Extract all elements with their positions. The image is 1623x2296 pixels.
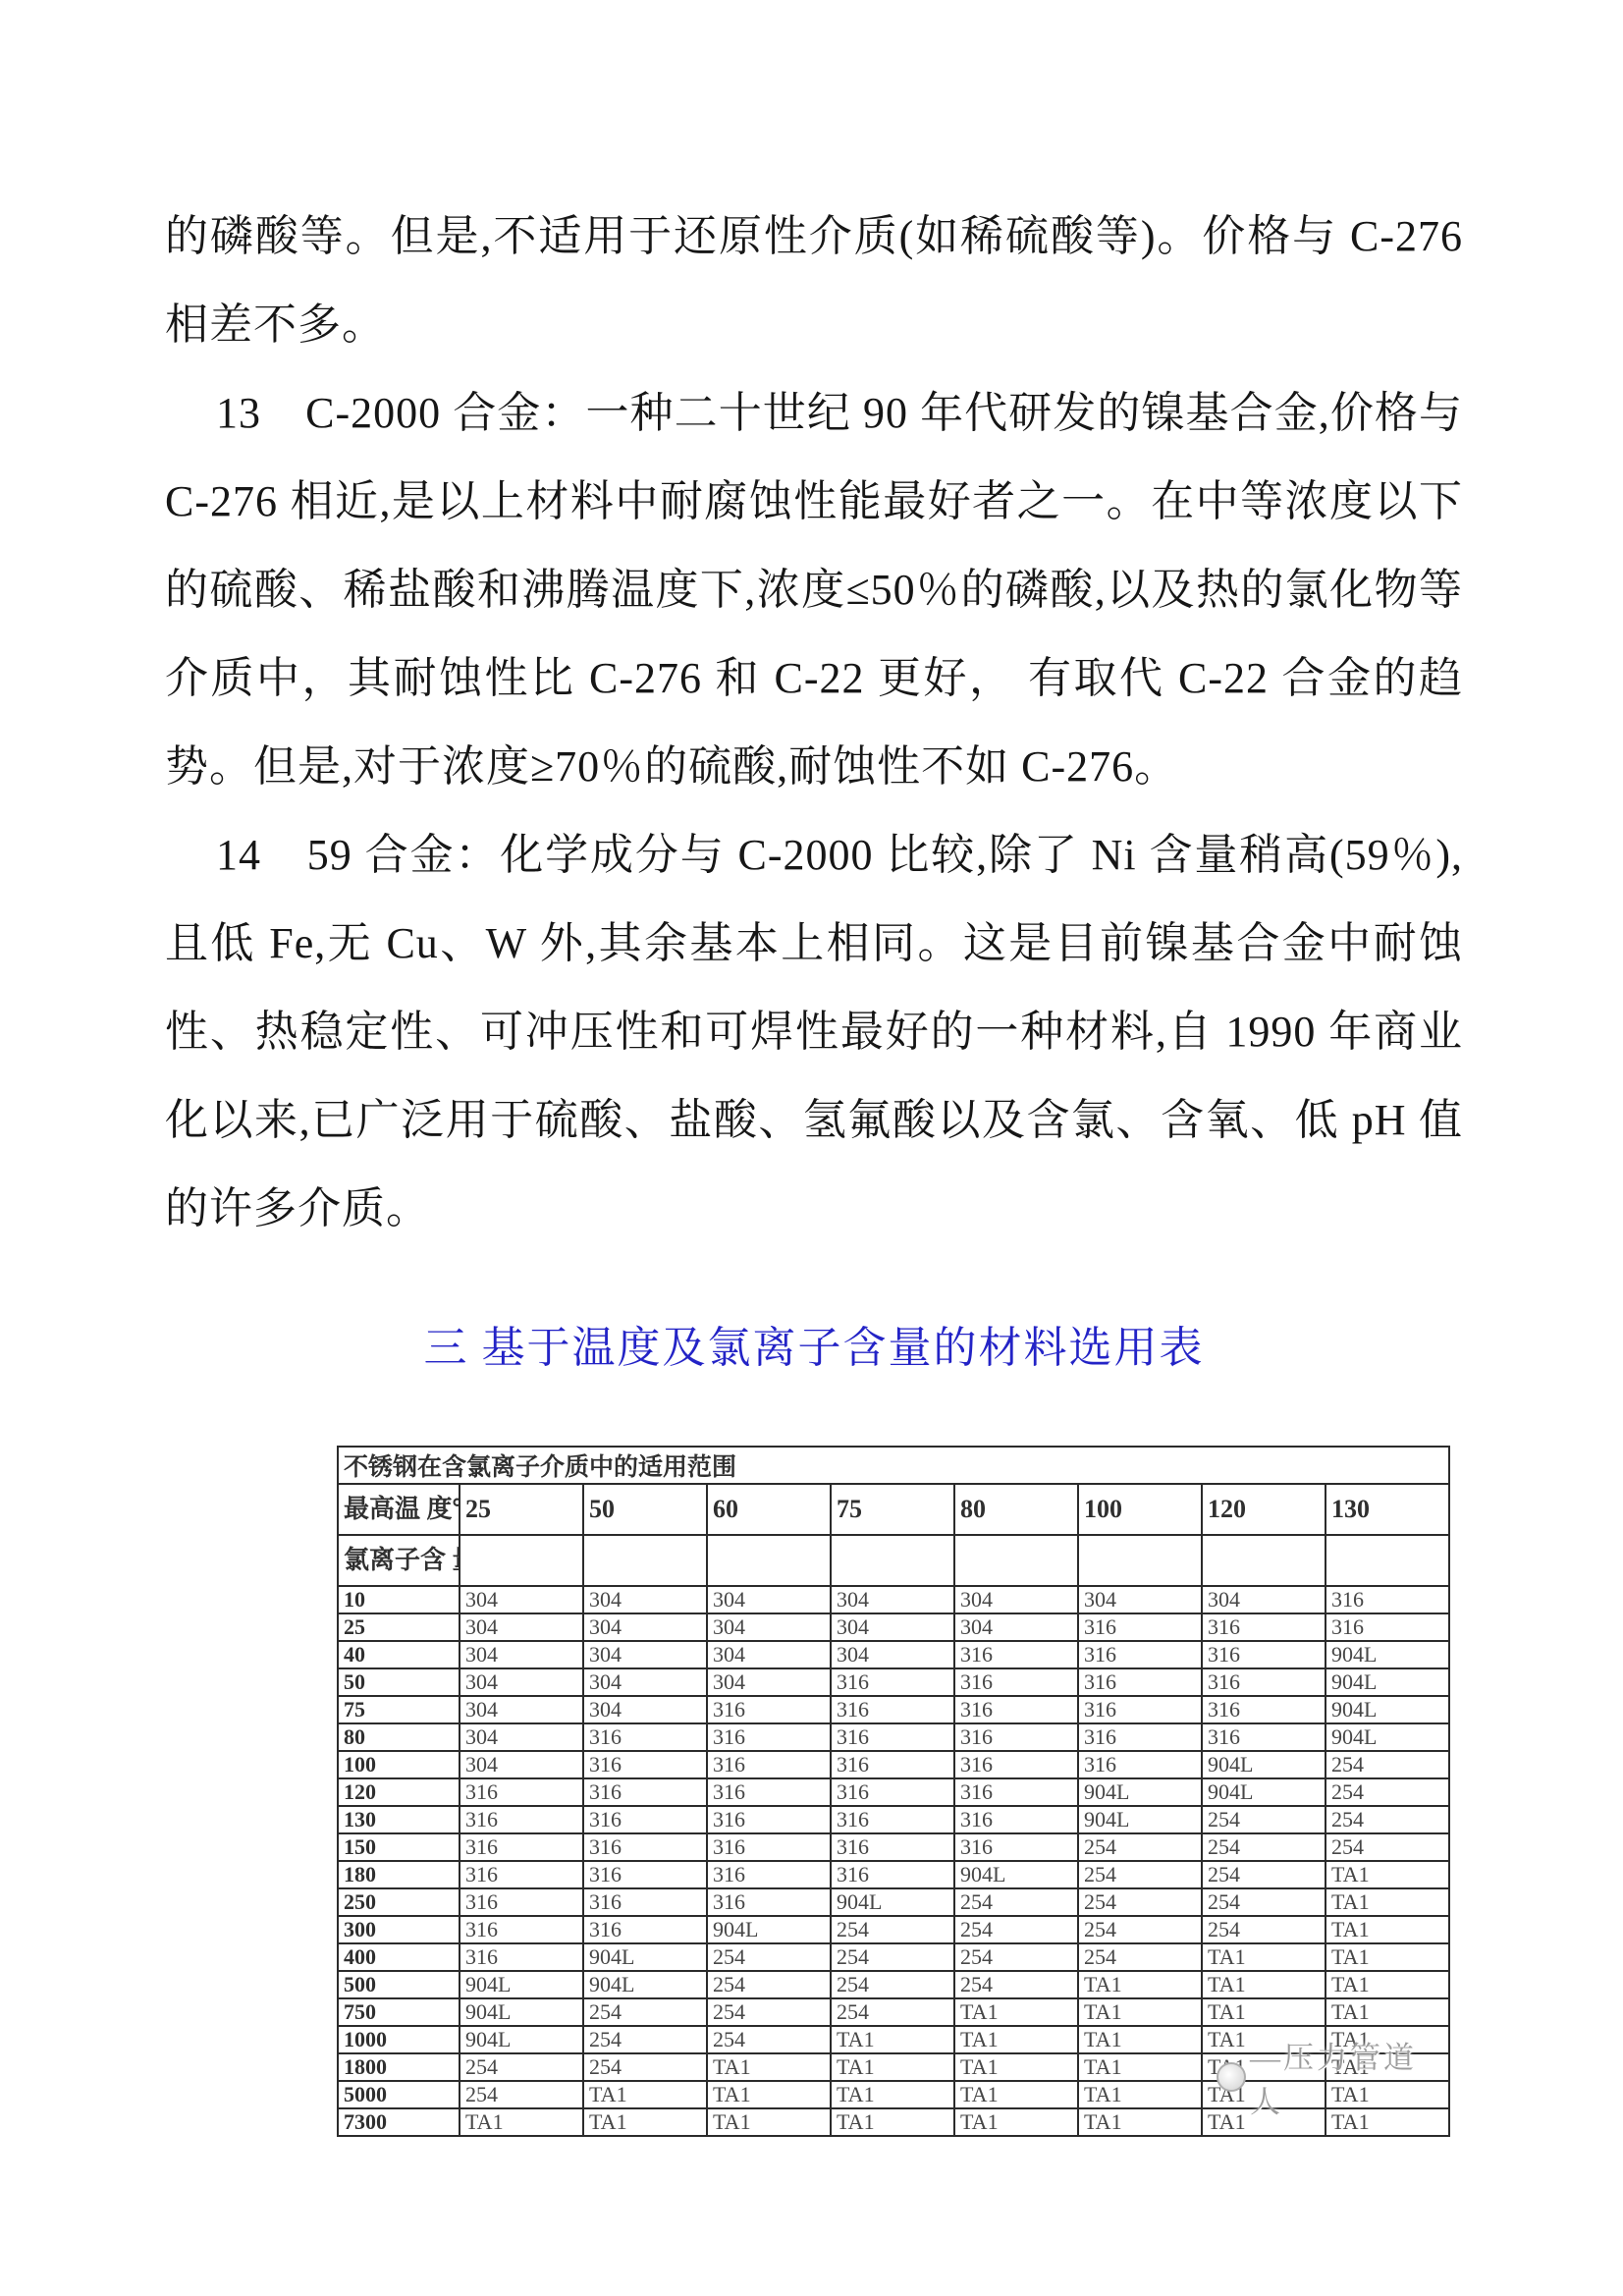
- material-cell: TA1: [954, 2053, 1078, 2081]
- table-row: 1800254254TA1TA1TA1TA1TA1TA1: [338, 2053, 1449, 2081]
- material-cell: 316: [1202, 1613, 1325, 1641]
- material-cell: 316: [460, 1833, 583, 1861]
- material-cell: 254: [707, 2026, 831, 2053]
- material-cell: 316: [1078, 1723, 1202, 1751]
- material-cell: 254: [1202, 1916, 1325, 1943]
- material-cell: TA1: [707, 2081, 831, 2108]
- material-cell: 316: [1202, 1668, 1325, 1696]
- table-row: 40304304304304316316316904L: [338, 1641, 1449, 1668]
- material-cell: TA1: [1078, 1998, 1202, 2026]
- material-cell: 904L: [954, 1861, 1078, 1888]
- table-row: 5000254TA1TA1TA1TA1TA1TA1TA1: [338, 2081, 1449, 2108]
- material-cell: 904L: [1325, 1668, 1449, 1696]
- material-cell: 316: [831, 1806, 954, 1833]
- material-cell: 316: [1325, 1586, 1449, 1613]
- material-cell: 254: [460, 2081, 583, 2108]
- paragraph-c2000-alloy: 13 C-2000 合金：一种二十世纪 90 年代研发的镍基合金,价格与 C-2…: [165, 369, 1463, 811]
- material-cell: 316: [583, 1723, 707, 1751]
- chloride-level-cell: 250: [338, 1888, 460, 1916]
- material-cell: TA1: [954, 2081, 1078, 2108]
- material-cell: 316: [460, 1806, 583, 1833]
- material-cell: 316: [460, 1888, 583, 1916]
- paragraph-continuation: 的磷酸等。但是,不适用于还原性介质(如稀硫酸等)。价格与 C-276 相差不多。: [165, 192, 1463, 369]
- material-cell: TA1: [583, 2081, 707, 2108]
- material-cell: 254: [1325, 1778, 1449, 1806]
- material-cell: 254: [1325, 1751, 1449, 1778]
- empty-header-cell: [831, 1535, 954, 1586]
- material-cell: 904L: [583, 1971, 707, 1998]
- material-cell: TA1: [1202, 2053, 1325, 2081]
- table-row: 100304316316316316316904L254: [338, 1751, 1449, 1778]
- material-cell: 304: [954, 1586, 1078, 1613]
- material-cell: 316: [583, 1861, 707, 1888]
- material-cell: 304: [460, 1641, 583, 1668]
- material-cell: 904L: [460, 2026, 583, 2053]
- document-page: 的磷酸等。但是,不适用于还原性介质(如稀硫酸等)。价格与 C-276 相差不多。…: [0, 0, 1623, 2296]
- material-cell: 316: [1202, 1723, 1325, 1751]
- chloride-level-cell: 75: [338, 1696, 460, 1723]
- body-text: 的磷酸等。但是,不适用于还原性介质(如稀硫酸等)。价格与 C-276 相差不多。…: [165, 192, 1463, 1253]
- chloride-level-cell: 400: [338, 1943, 460, 1971]
- material-cell: 316: [707, 1723, 831, 1751]
- material-cell: TA1: [1325, 2053, 1449, 2081]
- material-cell: 254: [831, 1998, 954, 2026]
- material-cell: 316: [707, 1696, 831, 1723]
- empty-header-cell: [1202, 1535, 1325, 1586]
- material-cell: 254: [1325, 1806, 1449, 1833]
- material-cell: TA1: [1325, 1943, 1449, 1971]
- material-cell: 304: [460, 1696, 583, 1723]
- table-row: 400316904L254254254254TA1TA1: [338, 1943, 1449, 1971]
- table-row: 300316316904L254254254254TA1: [338, 1916, 1449, 1943]
- material-cell: 254: [831, 1916, 954, 1943]
- material-cell: 904L: [831, 1888, 954, 1916]
- material-cell: 254: [707, 1943, 831, 1971]
- material-cell: TA1: [707, 2108, 831, 2136]
- chloride-level-cell: 180: [338, 1861, 460, 1888]
- stainless-steel-table: 不锈钢在含氯离子介质中的适用范围 最高温 度℃ 25 50 60 75 80 1…: [337, 1446, 1450, 2137]
- empty-header-cell: [583, 1535, 707, 1586]
- temp-header-cell: 60: [707, 1484, 831, 1535]
- material-cell: 316: [707, 1751, 831, 1778]
- material-cell: 316: [707, 1806, 831, 1833]
- material-cell: TA1: [1078, 2081, 1202, 2108]
- material-cell: 316: [707, 1778, 831, 1806]
- material-cell: 254: [954, 1916, 1078, 1943]
- empty-header-cell: [954, 1535, 1078, 1586]
- empty-header-cell: [1078, 1535, 1202, 1586]
- material-cell: TA1: [831, 2026, 954, 2053]
- chloride-level-cell: 50: [338, 1668, 460, 1696]
- temp-header-cell: 80: [954, 1484, 1078, 1535]
- table-row: 1000904L254254TA1TA1TA1TA1TA1: [338, 2026, 1449, 2053]
- material-cell: 304: [460, 1668, 583, 1696]
- material-cell: 316: [831, 1833, 954, 1861]
- material-cell: 304: [583, 1696, 707, 1723]
- table-row: 120316316316316316904L904L254: [338, 1778, 1449, 1806]
- material-cell: TA1: [831, 2053, 954, 2081]
- material-cell: 304: [583, 1668, 707, 1696]
- material-cell: 304: [460, 1613, 583, 1641]
- table-row: 50304304304316316316316904L: [338, 1668, 1449, 1696]
- material-cell: TA1: [831, 2081, 954, 2108]
- material-cell: 304: [831, 1641, 954, 1668]
- material-cell: 316: [460, 1861, 583, 1888]
- material-cell: TA1: [1202, 2026, 1325, 2053]
- material-cell: 304: [831, 1613, 954, 1641]
- material-cell: 316: [954, 1778, 1078, 1806]
- material-cell: 316: [1078, 1751, 1202, 1778]
- material-cell: 304: [460, 1723, 583, 1751]
- material-cell: 316: [831, 1778, 954, 1806]
- temp-header-cell: 25: [460, 1484, 583, 1535]
- chloride-level-cell: 5000: [338, 2081, 460, 2108]
- corner-chloride-content: 氯离子含 量(mg/L): [338, 1535, 460, 1586]
- material-cell: 304: [707, 1613, 831, 1641]
- table-row: 500904L904L254254254TA1TA1TA1: [338, 1971, 1449, 1998]
- table-row: 150316316316316316254254254: [338, 1833, 1449, 1861]
- chloride-level-cell: 10: [338, 1586, 460, 1613]
- material-cell: 254: [707, 1971, 831, 1998]
- material-cell: 254: [583, 1998, 707, 2026]
- material-cell: 254: [954, 1971, 1078, 1998]
- material-cell: 316: [583, 1888, 707, 1916]
- material-cell: 316: [460, 1778, 583, 1806]
- material-cell: 304: [460, 1751, 583, 1778]
- table-title-row: 不锈钢在含氯离子介质中的适用范围: [338, 1447, 1449, 1484]
- material-cell: 904L: [1078, 1806, 1202, 1833]
- material-cell: 316: [1078, 1668, 1202, 1696]
- chloride-level-cell: 1000: [338, 2026, 460, 2053]
- material-cell: TA1: [1202, 2108, 1325, 2136]
- table-row: 80304316316316316316316904L: [338, 1723, 1449, 1751]
- table-row: 75304304316316316316316904L: [338, 1696, 1449, 1723]
- chloride-level-cell: 100: [338, 1751, 460, 1778]
- material-cell: 316: [831, 1723, 954, 1751]
- material-cell: 316: [583, 1806, 707, 1833]
- material-cell: 254: [1078, 1888, 1202, 1916]
- temp-header-cell: 120: [1202, 1484, 1325, 1535]
- material-cell: TA1: [1078, 2053, 1202, 2081]
- material-cell: 304: [707, 1586, 831, 1613]
- material-cell: 254: [1078, 1916, 1202, 1943]
- material-cell: 316: [954, 1806, 1078, 1833]
- material-selection-table: 不锈钢在含氯离子介质中的适用范围 最高温 度℃ 25 50 60 75 80 1…: [337, 1446, 1448, 2137]
- chloride-level-cell: 130: [338, 1806, 460, 1833]
- material-cell: 316: [707, 1833, 831, 1861]
- chloride-level-cell: 120: [338, 1778, 460, 1806]
- material-cell: TA1: [1325, 2108, 1449, 2136]
- temp-header-cell: 100: [1078, 1484, 1202, 1535]
- material-cell: 316: [954, 1641, 1078, 1668]
- material-cell: 316: [954, 1668, 1078, 1696]
- material-cell: 254: [1202, 1806, 1325, 1833]
- material-cell: TA1: [1325, 1916, 1449, 1943]
- material-cell: 904L: [1078, 1778, 1202, 1806]
- material-cell: 254: [954, 1943, 1078, 1971]
- chloride-level-cell: 80: [338, 1723, 460, 1751]
- chloride-header-row: 氯离子含 量(mg/L): [338, 1535, 1449, 1586]
- chloride-level-cell: 1800: [338, 2053, 460, 2081]
- material-cell: 316: [1078, 1696, 1202, 1723]
- section-heading: 三 基于温度及氯离子含量的材料选用表: [165, 1312, 1463, 1375]
- material-cell: 904L: [1202, 1778, 1325, 1806]
- material-cell: 316: [583, 1778, 707, 1806]
- material-cell: 904L: [1325, 1723, 1449, 1751]
- material-cell: TA1: [1202, 2081, 1325, 2108]
- material-cell: 904L: [1325, 1641, 1449, 1668]
- material-cell: 304: [707, 1668, 831, 1696]
- material-cell: 316: [954, 1751, 1078, 1778]
- material-cell: TA1: [1325, 1971, 1449, 1998]
- material-cell: 254: [1202, 1861, 1325, 1888]
- material-cell: TA1: [1078, 1971, 1202, 1998]
- material-cell: TA1: [1202, 1998, 1325, 2026]
- material-cell: TA1: [831, 2108, 954, 2136]
- material-cell: 254: [1078, 1943, 1202, 1971]
- temp-header-cell: 50: [583, 1484, 707, 1535]
- table-row: 250316316316904L254254254TA1: [338, 1888, 1449, 1916]
- material-cell: 904L: [583, 1943, 707, 1971]
- chloride-level-cell: 150: [338, 1833, 460, 1861]
- material-cell: TA1: [1325, 2081, 1449, 2108]
- temp-header-cell: 75: [831, 1484, 954, 1535]
- material-cell: 316: [583, 1916, 707, 1943]
- material-cell: 254: [831, 1971, 954, 1998]
- paragraph-59-alloy: 14 59 合金：化学成分与 C-2000 比较,除了 Ni 含量稍高(59％)…: [165, 811, 1463, 1253]
- table-row: 10304304304304304304304316: [338, 1586, 1449, 1613]
- material-cell: 316: [831, 1668, 954, 1696]
- material-cell: TA1: [1202, 1971, 1325, 1998]
- material-cell: 316: [831, 1861, 954, 1888]
- material-cell: TA1: [954, 2026, 1078, 2053]
- corner-max-temperature: 最高温 度℃: [338, 1484, 460, 1535]
- material-cell: 316: [1078, 1613, 1202, 1641]
- table-row: 180316316316316904L254254TA1: [338, 1861, 1449, 1888]
- material-cell: TA1: [954, 2108, 1078, 2136]
- chloride-level-cell: 7300: [338, 2108, 460, 2136]
- material-cell: TA1: [954, 1998, 1078, 2026]
- chloride-level-cell: 300: [338, 1916, 460, 1943]
- material-cell: 254: [1078, 1833, 1202, 1861]
- material-cell: 254: [1202, 1833, 1325, 1861]
- material-cell: 304: [583, 1586, 707, 1613]
- material-cell: 904L: [1325, 1696, 1449, 1723]
- material-cell: 254: [583, 2026, 707, 2053]
- chloride-level-cell: 40: [338, 1641, 460, 1668]
- empty-header-cell: [1325, 1535, 1449, 1586]
- material-cell: 316: [707, 1861, 831, 1888]
- material-cell: 304: [831, 1586, 954, 1613]
- material-cell: 316: [1202, 1696, 1325, 1723]
- material-cell: 254: [460, 2053, 583, 2081]
- material-cell: 254: [954, 1888, 1078, 1916]
- material-cell: TA1: [460, 2108, 583, 2136]
- material-cell: 904L: [460, 1971, 583, 1998]
- material-cell: 304: [583, 1613, 707, 1641]
- chloride-level-cell: 25: [338, 1613, 460, 1641]
- material-cell: 904L: [460, 1998, 583, 2026]
- chloride-level-cell: 750: [338, 1998, 460, 2026]
- material-cell: TA1: [1078, 2026, 1202, 2053]
- material-cell: 904L: [707, 1916, 831, 1943]
- material-cell: 316: [1325, 1613, 1449, 1641]
- material-cell: TA1: [1325, 1861, 1449, 1888]
- material-cell: TA1: [1325, 1998, 1449, 2026]
- empty-header-cell: [707, 1535, 831, 1586]
- material-cell: 316: [460, 1916, 583, 1943]
- material-cell: 316: [954, 1833, 1078, 1861]
- material-cell: 316: [831, 1751, 954, 1778]
- material-cell: 304: [707, 1641, 831, 1668]
- table-row: 25304304304304304316316316: [338, 1613, 1449, 1641]
- chloride-level-cell: 500: [338, 1971, 460, 1998]
- material-cell: 304: [460, 1586, 583, 1613]
- material-cell: TA1: [583, 2108, 707, 2136]
- material-cell: TA1: [1078, 2108, 1202, 2136]
- material-cell: 316: [954, 1723, 1078, 1751]
- material-cell: TA1: [1325, 1888, 1449, 1916]
- table-row: 130316316316316316904L254254: [338, 1806, 1449, 1833]
- material-cell: 254: [1325, 1833, 1449, 1861]
- temp-header-cell: 130: [1325, 1484, 1449, 1535]
- table-title: 不锈钢在含氯离子介质中的适用范围: [338, 1447, 1449, 1484]
- material-cell: 316: [707, 1888, 831, 1916]
- material-cell: TA1: [707, 2053, 831, 2081]
- empty-header-cell: [460, 1535, 583, 1586]
- material-cell: 304: [1078, 1586, 1202, 1613]
- table-row: 750904L254254254TA1TA1TA1TA1: [338, 1998, 1449, 2026]
- material-cell: 316: [1078, 1641, 1202, 1668]
- material-cell: 254: [583, 2053, 707, 2081]
- material-cell: 254: [1202, 1888, 1325, 1916]
- material-cell: 316: [1202, 1641, 1325, 1668]
- material-cell: 316: [831, 1696, 954, 1723]
- material-cell: 304: [1202, 1586, 1325, 1613]
- material-cell: 254: [831, 1943, 954, 1971]
- material-cell: 304: [583, 1641, 707, 1668]
- material-cell: TA1: [1202, 1943, 1325, 1971]
- material-cell: 904L: [1202, 1751, 1325, 1778]
- material-cell: 254: [707, 1998, 831, 2026]
- material-cell: 316: [583, 1833, 707, 1861]
- material-cell: 304: [954, 1613, 1078, 1641]
- material-cell: 254: [1078, 1861, 1202, 1888]
- table-row: 7300TA1TA1TA1TA1TA1TA1TA1TA1: [338, 2108, 1449, 2136]
- material-cell: 316: [583, 1751, 707, 1778]
- material-cell: TA1: [1325, 2026, 1449, 2053]
- material-cell: 316: [460, 1943, 583, 1971]
- material-cell: 316: [954, 1696, 1078, 1723]
- temperature-header-row: 最高温 度℃ 25 50 60 75 80 100 120 130: [338, 1484, 1449, 1535]
